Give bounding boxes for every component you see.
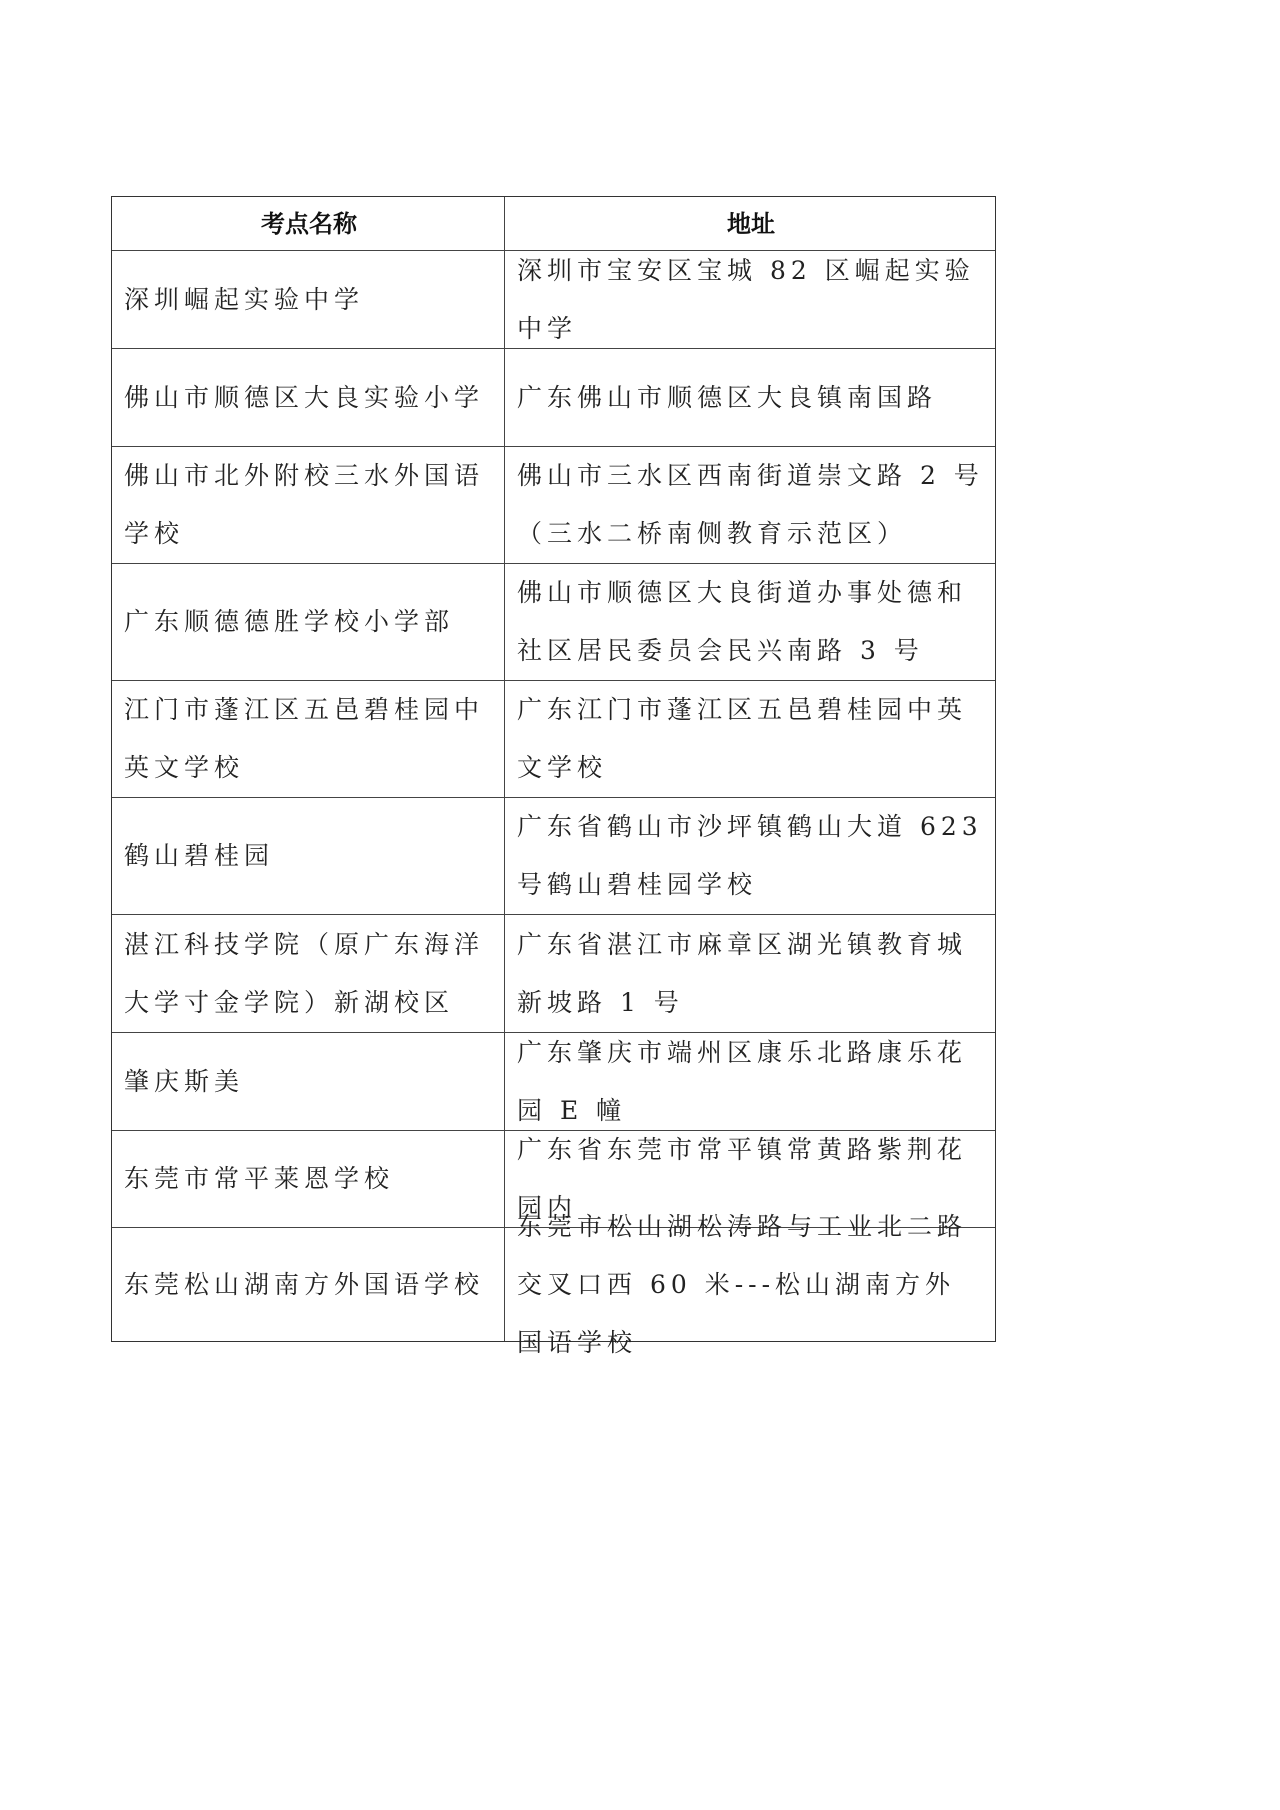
header-site-name: 考点名称 [112,197,505,250]
address-cell: 佛山市顺德区大良街道办事处德和社区居民委员会民兴南路 3 号 [505,564,995,680]
address-cell: 广东省湛江市麻章区湖光镇教育城新坡路 1 号 [505,915,995,1032]
address-cell: 广东江门市蓬江区五邑碧桂园中英文学校 [505,681,995,797]
table-row: 江门市蓬江区五邑碧桂园中英文学校 广东江门市蓬江区五邑碧桂园中英文学校 [112,680,995,797]
address-cell: 佛山市三水区西南街道崇文路 2 号（三水二桥南侧教育示范区） [505,447,995,563]
table-row: 深圳崛起实验中学 深圳市宝安区宝城 82 区崛起实验中学 [112,250,995,348]
table-row: 广东顺德德胜学校小学部 佛山市顺德区大良街道办事处德和社区居民委员会民兴南路 3… [112,563,995,680]
table-row: 湛江科技学院（原广东海洋大学寸金学院）新湖校区 广东省湛江市麻章区湖光镇教育城新… [112,914,995,1032]
site-name-cell: 鹤山碧桂园 [112,798,505,914]
address-cell: 广东佛山市顺德区大良镇南国路 [505,349,995,446]
site-name-cell: 深圳崛起实验中学 [112,251,505,348]
address-cell: 广东肇庆市端州区康乐北路康乐花园 E 幢 [505,1033,995,1130]
address-cell: 东莞市松山湖松涛路与工业北二路交叉口西 60 米---松山湖南方外国语学校 [505,1228,995,1341]
site-name-cell: 东莞松山湖南方外国语学校 [112,1228,505,1341]
table-row: 佛山市顺德区大良实验小学 广东佛山市顺德区大良镇南国路 [112,348,995,446]
site-name-cell: 肇庆斯美 [112,1033,505,1130]
exam-sites-table: 考点名称 地址 深圳崛起实验中学 深圳市宝安区宝城 82 区崛起实验中学 佛山市… [111,196,996,1342]
table-row: 东莞松山湖南方外国语学校 东莞市松山湖松涛路与工业北二路交叉口西 60 米---… [112,1227,995,1341]
table-row: 鹤山碧桂园 广东省鹤山市沙坪镇鹤山大道 623 号鹤山碧桂园学校 [112,797,995,914]
address-cell: 深圳市宝安区宝城 82 区崛起实验中学 [505,251,995,348]
site-name-cell: 江门市蓬江区五邑碧桂园中英文学校 [112,681,505,797]
address-cell: 广东省鹤山市沙坪镇鹤山大道 623 号鹤山碧桂园学校 [505,798,995,914]
site-name-cell: 东莞市常平莱恩学校 [112,1131,505,1227]
site-name-cell: 广东顺德德胜学校小学部 [112,564,505,680]
site-name-cell: 佛山市顺德区大良实验小学 [112,349,505,446]
table-row: 肇庆斯美 广东肇庆市端州区康乐北路康乐花园 E 幢 [112,1032,995,1130]
site-name-cell: 佛山市北外附校三水外国语学校 [112,447,505,563]
table-row: 佛山市北外附校三水外国语学校 佛山市三水区西南街道崇文路 2 号（三水二桥南侧教… [112,446,995,563]
site-name-cell: 湛江科技学院（原广东海洋大学寸金学院）新湖校区 [112,915,505,1032]
